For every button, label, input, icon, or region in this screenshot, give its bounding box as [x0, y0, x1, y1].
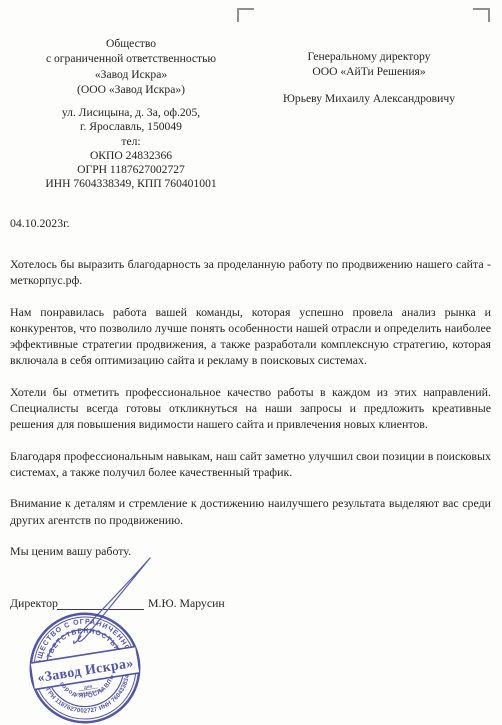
sender-address-line: ИНН 7604338349, КПП 760401001: [0, 177, 262, 191]
sender-address-line: ОГРН 1187627002727: [0, 163, 262, 177]
body-paragraph: Хотелось бы выразить благодарность за пр…: [10, 256, 491, 288]
sender-address-line: ОКПО 24832366: [0, 149, 262, 163]
corner-mark-top-center: [237, 8, 254, 22]
sender-line: (ООО «Завод Искра»): [0, 82, 262, 97]
letter-date: 04.10.2023г.: [10, 216, 70, 231]
sender-address-line: тел:: [0, 135, 262, 149]
body-paragraph: Благодаря профессиональным навыкам, наш …: [10, 448, 491, 480]
sender-address-line: г. Ярославль, 150049: [0, 120, 262, 134]
recipient-name: Юрьеву Михаилу Александровичу: [266, 91, 472, 106]
recipient-line: Генеральному директору: [266, 49, 472, 64]
recipient-line: ООО «АйТи Решения»: [266, 64, 472, 79]
sender-line: «Завод Искра»: [0, 67, 262, 82]
recipient-block: Генеральному директору ООО «АйТи Решения…: [266, 49, 472, 106]
sender-address-block: ул. Лисицына, д. 3а, оф.205, г. Ярославл…: [0, 106, 262, 191]
sender-line: Общество: [0, 36, 262, 51]
body-paragraph: Хотели бы отметить профессиональное каче…: [10, 384, 491, 432]
closing-line: Мы ценим вашу работу.: [10, 543, 491, 559]
signatory-name: М.Ю. Марусин: [148, 596, 225, 611]
company-stamp: ОБЩЕСТВО С ОГРАНИЧЕННОЙ ОТВЕТСТВЕННОСТЬЮ…: [26, 609, 144, 725]
letter-page: Общество с ограниченной ответственностью…: [0, 0, 502, 725]
body-paragraph: Нам понравилась работа вашей команды, ко…: [10, 304, 491, 368]
sender-line: с ограниченной ответственностью: [0, 51, 262, 66]
body-paragraph: Внимание к деталям и стремление к достиж…: [10, 495, 491, 527]
sender-block: Общество с ограниченной ответственностью…: [0, 36, 262, 191]
letter-body: Хотелось бы выразить благодарность за пр…: [10, 256, 491, 575]
corner-mark-top-right: [473, 8, 490, 22]
sender-address-line: ул. Лисицына, д. 3а, оф.205,: [0, 106, 262, 120]
